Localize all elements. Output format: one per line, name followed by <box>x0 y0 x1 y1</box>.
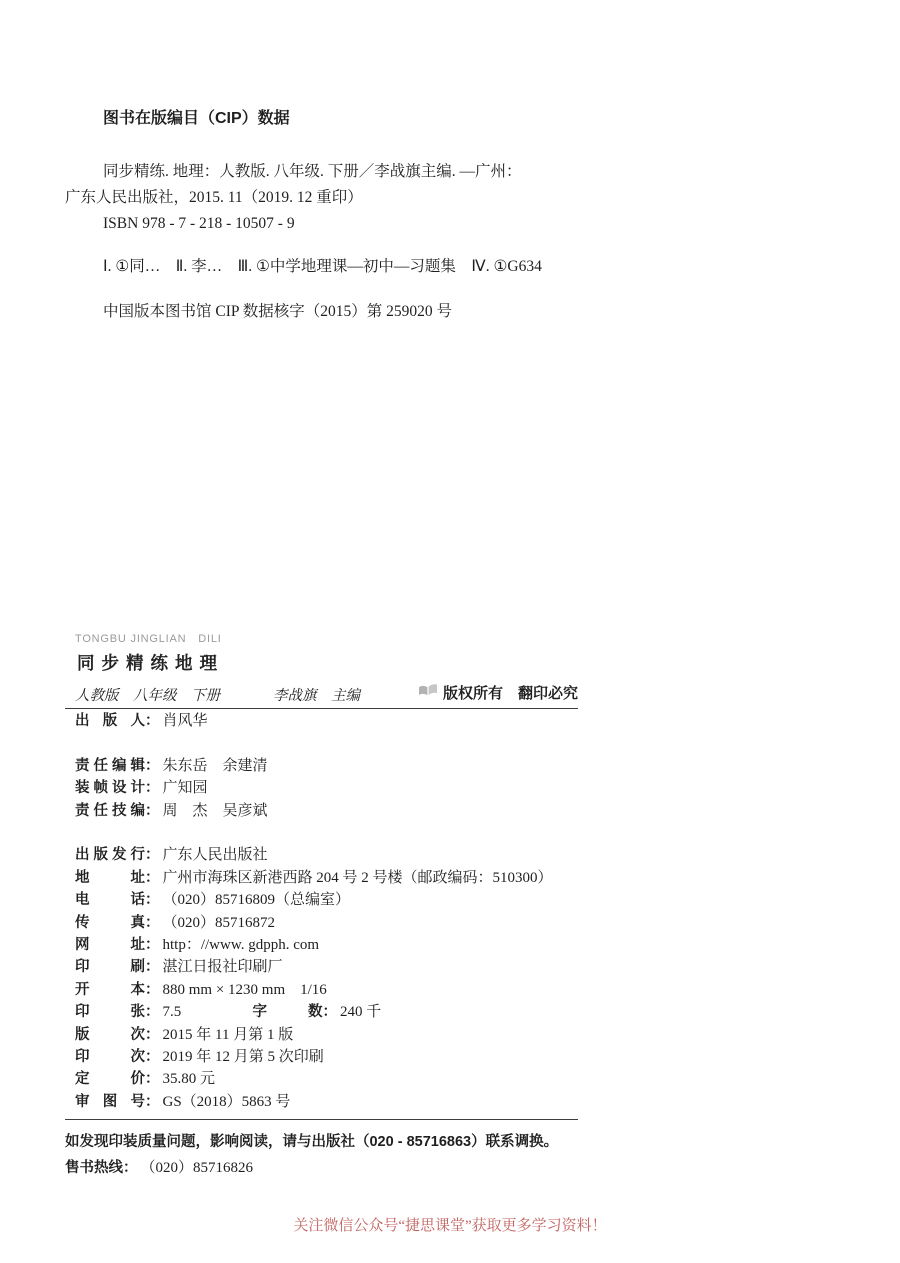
colophon-row: 出版发行：广东人民出版社 <box>65 844 578 866</box>
row-label: 审图号 <box>75 1091 145 1113</box>
row-value: 朱东岳 余建清 <box>163 755 268 777</box>
cip-publisher-line: 广东人民出版社，2015. 11（2019. 12 重印） <box>65 185 625 211</box>
cip-data-block: 图书在版编目（CIP）数据 同步精练. 地理：人教版. 八年级. 下册／李战旗主… <box>65 106 625 325</box>
colon: ： <box>145 956 160 978</box>
row-value: 7.5 <box>163 1001 253 1023</box>
row-value: 湛江日报社印刷厂 <box>163 956 283 978</box>
colon: ： <box>145 979 160 1001</box>
row-label: 定价 <box>75 1068 145 1090</box>
row-label: 责任技编 <box>75 800 145 822</box>
row-label: 责任编辑 <box>75 755 145 777</box>
row-label: 出版人 <box>75 710 145 732</box>
colophon-row: 网址：http：//www. gdpph. com <box>65 934 578 956</box>
row-label: 开本 <box>75 979 145 1001</box>
cip-header: 图书在版编目（CIP）数据 <box>65 106 625 132</box>
colophon-row: 装帧设计：广知园 <box>65 777 578 799</box>
row-label: 装帧设计 <box>75 777 145 799</box>
hotline-label: 售书热线 <box>65 1155 123 1181</box>
colophon-row: 版次：2015 年 11 月第 1 版 <box>65 1024 578 1046</box>
colophon-row: 审图号：GS（2018）5863 号 <box>65 1091 578 1113</box>
colon: ： <box>145 844 160 866</box>
colophon-row: 印次：2019 年 12 月第 5 次印刷 <box>65 1046 578 1068</box>
cip-title-line: 同步精练. 地理：人教版. 八年级. 下册／李战旗主编. —广州： <box>65 159 625 185</box>
cip-isbn-line: ISBN 978 - 7 - 218 - 10507 - 9 <box>65 211 625 237</box>
row-value: 广知园 <box>163 777 208 799</box>
cip-record-line: 中国版本图书馆 CIP 数据核字（2015）第 259020 号 <box>65 299 625 325</box>
colon: ： <box>323 1001 338 1023</box>
row-value: 肖风华 <box>163 710 208 732</box>
copyright-notice-text: 版权所有 翻印必究 <box>443 682 578 703</box>
row-value: 240 千 <box>340 1001 381 1023</box>
row-label: 印次 <box>75 1046 145 1068</box>
row-label: 印张 <box>75 1001 145 1023</box>
open-book-icon <box>418 683 438 702</box>
row-value: 广州市海珠区新港西路 204 号 2 号楼（邮政编码：510300） <box>163 867 553 889</box>
row-value: 2019 年 12 月第 5 次印刷 <box>163 1046 324 1068</box>
colophon-row: 电话：（020）85716809（总编室） <box>65 889 578 911</box>
row-value: GS（2018）5863 号 <box>163 1091 291 1113</box>
colon: ： <box>145 1024 160 1046</box>
row-value: http：//www. gdpph. com <box>163 934 320 956</box>
colon: ： <box>145 1068 160 1090</box>
colophon-row: 责任技编：周 杰 吴彦斌 <box>65 800 578 822</box>
row-label: 电话 <box>75 889 145 911</box>
row-value: （020）85716872 <box>163 912 276 934</box>
romanized-title: TONGBU JINGLIAN DILI <box>65 630 578 646</box>
row-label: 出版发行 <box>75 844 145 866</box>
colon: ： <box>145 934 160 956</box>
row-value: 880 mm × 1230 mm 1/16 <box>163 979 327 1001</box>
row-label: 版次 <box>75 1024 145 1046</box>
colophon-row: 印刷：湛江日报社印刷厂 <box>65 956 578 978</box>
edition-label: 人教版 八年级 下册 <box>75 684 220 705</box>
chief-editor-label: 李战旗 主编 <box>273 684 360 705</box>
colon: ： <box>145 777 160 799</box>
quality-notice: 如发现印装质量问题，影响阅读，请与出版社（020 - 85716863）联系调换… <box>65 1129 625 1155</box>
promo-footer: 关注微信公众号“捷思课堂”获取更多学习资料！ <box>0 1214 900 1235</box>
colophon-row-double: 印张：7.5字数：240 千 <box>65 1001 578 1023</box>
row-label: 网址 <box>75 934 145 956</box>
masthead-divider <box>65 708 578 709</box>
notes-block: 如发现印装质量问题，影响阅读，请与出版社（020 - 85716863）联系调换… <box>65 1129 625 1181</box>
copyright-notice: 版权所有 翻印必究 <box>418 682 578 703</box>
colon: ： <box>145 1091 160 1113</box>
colophon-row: 出版人：肖风华 <box>65 710 578 732</box>
colon: ： <box>145 755 160 777</box>
row-value: 广东人民出版社 <box>163 844 268 866</box>
colon: ： <box>145 800 160 822</box>
colon: ： <box>145 867 160 889</box>
cip-classification-line: Ⅰ. ①同… Ⅱ. 李… Ⅲ. ①中学地理课—初中—习题集 Ⅳ. ①G634 <box>65 254 625 280</box>
footer-divider <box>65 1119 578 1120</box>
row-label: 印刷 <box>75 956 145 978</box>
colon: ： <box>145 912 160 934</box>
hotline-row: 售书热线：（020）85716826 <box>65 1155 625 1181</box>
row-value: 2015 年 11 月第 1 版 <box>163 1024 294 1046</box>
book-title: 同步精练地理 <box>65 650 578 675</box>
colophon-row: 地址：广州市海珠区新港西路 204 号 2 号楼（邮政编码：510300） <box>65 867 578 889</box>
row-label: 地址 <box>75 867 145 889</box>
row-value: 周 杰 吴彦斌 <box>163 800 268 822</box>
colophon-row: 开本：880 mm × 1230 mm 1/16 <box>65 979 578 1001</box>
colon: ： <box>145 1001 160 1023</box>
colophon-row: 责任编辑：朱东岳 余建清 <box>65 755 578 777</box>
byline-row: 人教版 八年级 下册 李战旗 主编 版权所有 翻印必究 <box>65 682 578 707</box>
row-value: 35.80 元 <box>163 1068 216 1090</box>
colon: ： <box>145 1046 160 1068</box>
masthead: TONGBU JINGLIAN DILI 同步精练地理 人教版 八年级 下册 李… <box>65 630 578 709</box>
row-label: 传真 <box>75 912 145 934</box>
colon: ： <box>145 710 160 732</box>
row-value: （020）85716809（总编室） <box>163 889 351 911</box>
colophon-row: 定价：35.80 元 <box>65 1068 578 1090</box>
colon: ： <box>145 889 160 911</box>
row-label: 字数 <box>253 1001 323 1023</box>
colophon-row: 传真：（020）85716872 <box>65 912 578 934</box>
book-copyright-page: 图书在版编目（CIP）数据 同步精练. 地理：人教版. 八年级. 下册／李战旗主… <box>0 0 900 1263</box>
hotline-value: （020）85716826 <box>141 1155 254 1181</box>
colophon: 出版人：肖风华 责任编辑：朱东岳 余建清 装帧设计：广知园 责任技编：周 杰 吴… <box>65 710 578 1113</box>
colon: ： <box>123 1155 138 1181</box>
